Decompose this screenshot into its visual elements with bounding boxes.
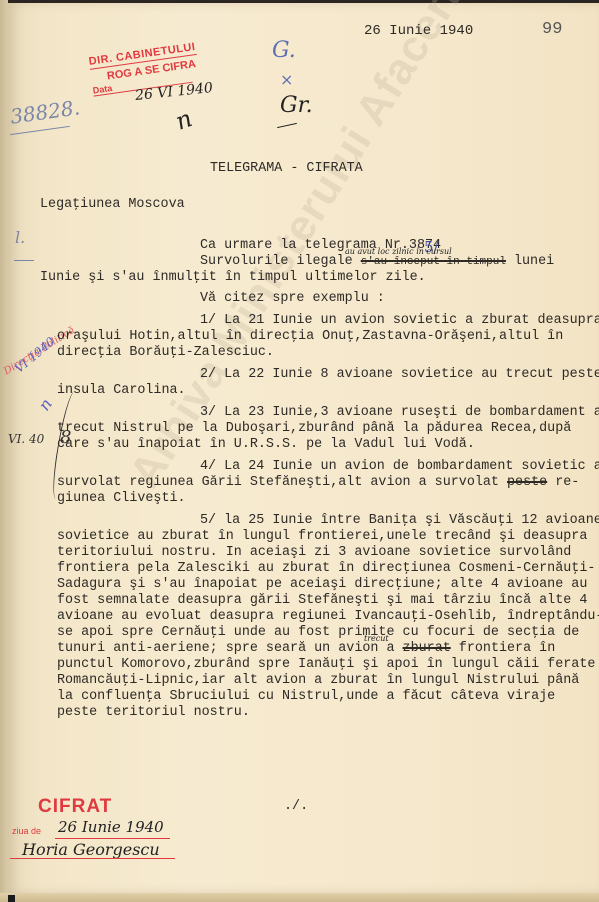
cifrat-signature-line	[10, 858, 175, 859]
item-1-line-2: oraşului Hotin,altul în direcţia Onuţ,Za…	[57, 329, 563, 345]
item-5-line-1: 5/ la 25 Iunie între Baniţa şi Văscăuţi …	[200, 513, 599, 529]
margin-l-mark: l.	[15, 228, 25, 247]
struck-word: zburat	[403, 641, 451, 656]
item-5-line-10: punctul Komorovo,zburând spre Ianăuţi şi…	[57, 657, 595, 673]
handwritten-gr-mark: Gr.	[280, 93, 313, 118]
struck-text: s'au început în timpul	[361, 256, 506, 268]
item-4-line-3: giunea Cliveşti.	[57, 491, 186, 507]
item-3-line-1: 3/ La 23 Iunie,3 avioane ruseşti de bomb…	[200, 405, 599, 421]
item-2-line-2: insula Carolina.	[57, 383, 186, 399]
item-1-line-1: 1/ La 21 Iunie un avion sovietic a zbura…	[200, 313, 599, 329]
scan-corner	[8, 895, 15, 902]
item-4-line-1: 4/ La 24 Iunie un avion de bombardament …	[200, 459, 599, 475]
end-mark: ./.	[284, 799, 308, 815]
item-5-line-8: se apoi spre Cernăuţi unde au fost primi…	[57, 625, 579, 641]
handwritten-correction-2: trecut	[364, 634, 389, 643]
item-5-line-7: avioane au evoluat deasupra regiunei Iva…	[57, 609, 599, 625]
document-title: TELEGRAMA - CIFRATA	[210, 161, 363, 177]
cifrat-stamp: CIFRAT	[38, 796, 112, 818]
item-5-line-11: Romancăuţi-Lipnic,iar alt avion a zburat…	[57, 673, 579, 689]
item-4-text-end: re-	[547, 475, 579, 490]
item-4-text: survolat regiunea Gării Stefăneşti,alt a…	[57, 475, 507, 490]
item-3-line-3: care s'au înapoiat în U.R.S.S. pe la Vad…	[57, 437, 475, 453]
item-3-line-2: trecut Nistrul pe la Duboşari,zburând pâ…	[57, 421, 571, 437]
scan-edge-bottom	[0, 893, 599, 902]
survol-text-end: lunei	[506, 254, 554, 269]
intro-line: Vă citez spre exemplu :	[200, 291, 385, 307]
item-5-line-13: peste teritoriul nostru.	[57, 705, 250, 721]
item-5-line-6: fost semnalate deasupra gării Stefăneşti…	[57, 593, 587, 609]
survol-line-2: Iunie şi s'au înmulţit în timpul ultimel…	[40, 270, 426, 286]
handwritten-correction: au avut loc zilnic în cursul	[345, 247, 452, 256]
recipient: Legaţiunea Moscova	[40, 197, 185, 213]
item-5-line-9: tunuri anti-aeriene; spre seară un avion…	[57, 641, 555, 657]
page-number: 99	[542, 20, 562, 39]
item-5-line-5: Sadagura şi s'au înapoiat pe aceiaşi dir…	[57, 577, 587, 593]
cifrat-date-line	[55, 838, 170, 839]
handwritten-g-mark: G.	[272, 38, 296, 63]
item-4-line-2: survolat regiunea Gării Stefăneşti,alt a…	[57, 475, 579, 491]
item-1-line-3: direcţia Borăuţi-Zalesciuc.	[57, 345, 274, 361]
cifrat-date: 26 Iunie 1940	[58, 818, 164, 836]
margin-l-underline	[14, 260, 34, 261]
cifrat-day-label: ziua de	[12, 826, 41, 836]
item-5-text-end: frontiera în	[451, 641, 555, 656]
margin-vi40: VI. 40	[8, 432, 44, 446]
item-5-line-12: la confluenţa Sbruciului cu Nistrul,unde…	[57, 689, 555, 705]
survol-text: Survolurile ilegale	[200, 254, 361, 269]
item-5-text: tunuri anti-aeriene; spre seară un avion…	[57, 641, 403, 656]
item-5-line-3: teritoriului nostru. In aceiaşi zi 3 avi…	[57, 545, 571, 561]
item-5-line-2: sovietice au zburat în lungul frontierei…	[57, 529, 587, 545]
handwritten-x-mark: ×	[280, 70, 293, 89]
cifrat-signature: Horia Georgescu	[22, 840, 160, 859]
item-5-line-4: frontiera pela Zalesciki au zburat în di…	[57, 561, 595, 577]
struck-word: peste	[507, 475, 547, 490]
survol-line: Survolurile ilegale s'au început în timp…	[200, 254, 554, 270]
document-date: 26 Iunie 1940	[364, 23, 473, 39]
scan-edge-left	[0, 0, 8, 902]
item-2-line-1: 2/ La 22 Iunie 8 avioane sovietice au tr…	[200, 367, 599, 383]
